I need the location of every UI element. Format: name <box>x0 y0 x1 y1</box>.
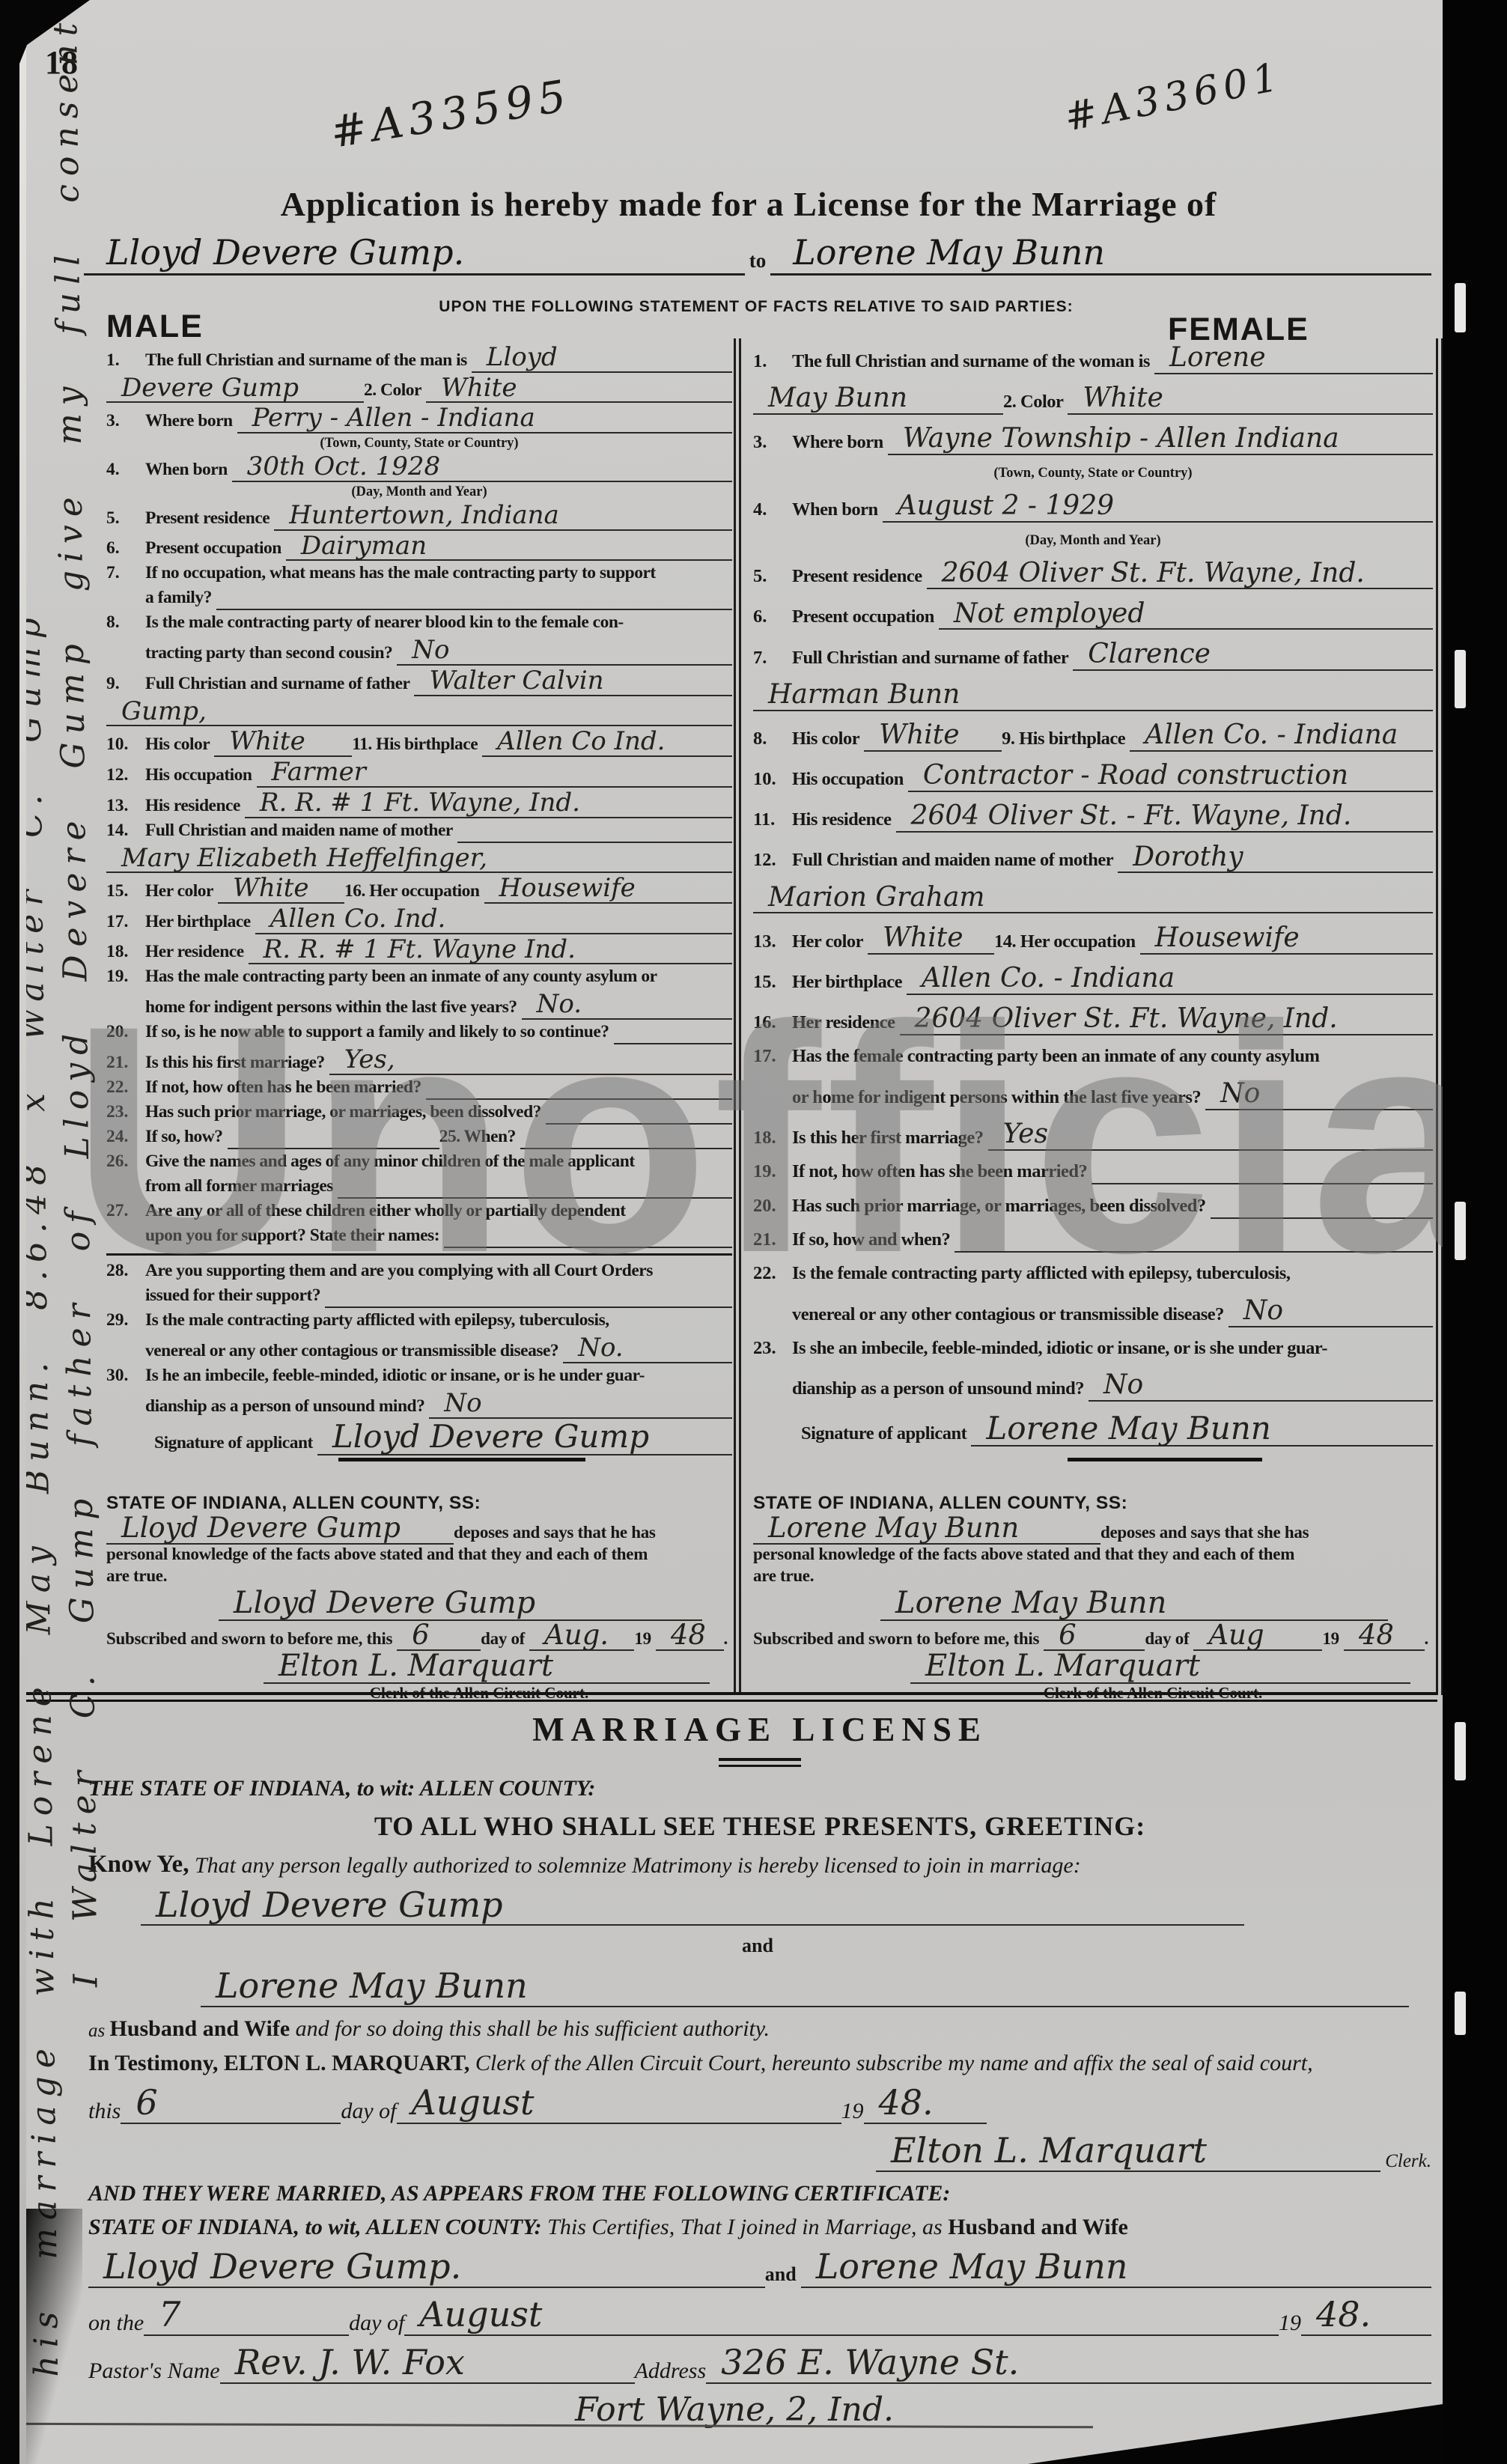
handwritten-entry: Mary Elizabeth Heffelfinger, <box>106 845 732 874</box>
item-number: 3. <box>106 411 145 434</box>
printed-label: a family? <box>145 588 216 610</box>
handwritten-entry: Allen Co Ind. <box>482 728 732 757</box>
female-form-line-12: 10.His occupationContractor - Road const… <box>753 762 1433 792</box>
printed-label: day of <box>1145 1629 1193 1651</box>
item-number <box>753 1399 792 1402</box>
printed-label: and <box>742 1935 778 1959</box>
female-form-line-27: 23.Is she an imbecile, feeble-minded, id… <box>753 1338 1433 1361</box>
printed-label: Is she an imbecile, feeble-minded, idiot… <box>792 1338 1332 1361</box>
printed-label: Signature of applicant <box>801 1423 971 1447</box>
printed-label: His color <box>145 734 214 757</box>
handwritten-entry: Wayne Township - Allen Indiana <box>888 425 1433 455</box>
handwritten-entry: Huntertown, Indiana <box>274 502 732 531</box>
application-title: Application is hereby made for a License… <box>180 184 1318 224</box>
printed-label: 16. Her occupation <box>344 881 484 904</box>
male-affidavit-line-4: are true. <box>106 1566 732 1588</box>
item-number: 23. <box>753 1338 792 1361</box>
printed-label: His residence <box>792 809 896 833</box>
female-affidavit-line-3: personal knowledge of the facts above st… <box>753 1545 1433 1566</box>
printed-italic-text: Clerk of the Allen Circuit Court, hereun… <box>469 2051 1312 2076</box>
female-form-line-11: 8.His colorWhite9. His birthplaceAllen C… <box>753 722 1433 752</box>
male-form-line-12: tracting party than second cousin?No <box>106 637 732 666</box>
bride-name-script: Lorene May Bunn <box>201 1968 1409 2007</box>
license-line-1: MARRIAGE LICENSE <box>88 1710 1431 1749</box>
license-day: 6 <box>121 2085 341 2124</box>
handwritten-entry: Perry - Allen - Indiana <box>237 405 732 434</box>
male-form-line-16: 12.His occupationFarmer <box>106 759 732 788</box>
clerk-title: Clerk of the Allen Circuit Court. <box>1044 1684 1262 1703</box>
handwritten-entry: Dairyman <box>286 533 732 562</box>
handwritten-entry: Contractor - Road construction <box>908 762 1433 792</box>
state-county-heading: STATE OF INDIANA, ALLEN COUNTY, SS: <box>753 1493 1127 1514</box>
sworn-day: 6 <box>397 1621 481 1652</box>
handwritten-entry: Lloyd <box>472 344 732 373</box>
male-form-line-18: 14.Full Christian and maiden name of mot… <box>106 821 732 843</box>
deponent-name: Lloyd Devere Gump <box>106 1514 454 1545</box>
item-number: 3. <box>753 432 792 455</box>
binder-hole <box>1455 1992 1466 2035</box>
female-applicant-signature: Lorene May Bunn <box>971 1413 1433 1447</box>
female-affidavit-line-1: STATE OF INDIANA, ALLEN COUNTY, SS: <box>753 1493 1433 1514</box>
male-affidavit-line-7: Elton L. Marquart <box>106 1651 732 1684</box>
pastor-address: 326 E. Wayne St. <box>706 2345 1431 2384</box>
license-line-9: as Husband and Wife and for so doing thi… <box>88 2016 1431 2042</box>
printed-label: tracting party than second cousin? <box>145 643 397 666</box>
unofficial-watermark: Unofficial <box>71 970 1507 1336</box>
application-number-stamp: #A33595 <box>327 70 575 158</box>
license-line-2 <box>719 1758 801 1767</box>
printed-label: Full Christian and maiden name of mother <box>792 850 1118 873</box>
handwritten-entry: White <box>426 375 732 404</box>
item-number <box>106 1361 145 1363</box>
binder-hole <box>1455 1722 1466 1780</box>
printed-bold-text: Husband and Wife <box>948 2215 1128 2240</box>
license-line-4: TO ALL WHO SHALL SEE THESE PRESENTS, GRE… <box>88 1810 1431 1842</box>
female-form-line-1: 1.The full Christian and surname of the … <box>753 344 1433 374</box>
item-number: 30. <box>106 1366 145 1388</box>
printed-italic-text: day of <box>349 2311 404 2336</box>
handwritten-entry: 2604 Oliver St. - Ft. Wayne, Ind. <box>896 803 1433 833</box>
item-number <box>106 608 145 610</box>
handwritten-entry: White <box>214 728 352 757</box>
male-form-line-5: 4.When born30th Oct. 1928 <box>106 454 732 482</box>
clerk-title: Clerk of the Allen Circuit Court. <box>370 1684 588 1703</box>
handwritten-entry: No <box>397 637 732 666</box>
female-affidavit-line-5: Lorene May Bunn <box>753 1588 1433 1621</box>
item-number: 8. <box>106 612 145 635</box>
to-label: to <box>745 249 771 276</box>
printed-label: Is he an imbecile, feeble-minded, idioti… <box>145 1366 649 1388</box>
handwritten-entry: Marion Graham <box>753 884 1433 914</box>
female-form-line-14: 12.Full Christian and maiden name of mot… <box>753 844 1433 874</box>
handwritten-entry: Gump, <box>106 699 732 727</box>
printed-label: dianship as a person of unsound mind? <box>145 1396 429 1419</box>
groom-name-script: Lloyd Devere Gump. <box>88 2249 765 2288</box>
handwritten-entry: 2604 Oliver St. Ft. Wayne, Ind. <box>927 560 1433 590</box>
handwritten-entry: No <box>1089 1372 1433 1402</box>
male-applicant-signature: Lloyd Devere Gump <box>317 1421 732 1455</box>
blank-underline <box>216 597 732 610</box>
handwritten-entry: Dorothy <box>1118 844 1433 874</box>
handwritten-entry: White <box>868 925 994 955</box>
printed-label: . <box>1425 1629 1433 1651</box>
male-form-line-21: 17.Her birthplaceAllen Co. Ind. <box>106 906 732 934</box>
handwritten-entry: White <box>1068 385 1433 415</box>
male-affidavit-line-3: personal knowledge of the facts above st… <box>106 1545 732 1566</box>
state-county-heading: STATE OF INDIANA, ALLEN COUNTY, SS: <box>106 1493 481 1514</box>
printed-label: His color <box>792 728 864 752</box>
handwritten-entry: May Bunn <box>753 385 1003 415</box>
item-number: 7. <box>106 563 145 585</box>
female-affidavit-block: STATE OF INDIANA, ALLEN COUNTY, SS:Loren… <box>753 1493 1433 1694</box>
printed-label: If no occupation, what means has the mal… <box>145 563 660 585</box>
groom-name-script: Lloyd Devere Gump <box>141 1887 1244 1926</box>
married-day: 7 <box>144 2297 349 2336</box>
printed-label: Full Christian and maiden name of mother <box>145 821 457 843</box>
male-form-line-40: dianship as a person of unsound mind?No <box>106 1390 732 1419</box>
handwritten-entry: White <box>218 875 344 904</box>
item-number: 8. <box>753 728 792 752</box>
female-form-line-16: 13.Her colorWhite14. Her occupationHouse… <box>753 925 1433 955</box>
item-number: 7. <box>753 648 792 671</box>
handwritten-entry: August 2 - 1929 <box>883 493 1433 523</box>
printed-label: When born <box>145 460 232 482</box>
printed-label: The full Christian and surname of the wo… <box>792 351 1154 374</box>
printed-label: Signature of applicant <box>154 1433 317 1455</box>
male-form-line-20: 15.Her colorWhite16. Her occupationHouse… <box>106 875 732 904</box>
license-line-13: AND THEY WERE MARRIED, AS APPEARS FROM T… <box>88 2181 1431 2206</box>
printed-label: personal knowledge of the facts above st… <box>753 1545 1299 1566</box>
printed-label: Her residence <box>145 942 249 964</box>
male-form-line-6: (Day, Month and Year) <box>106 484 732 500</box>
male-form-line-8: 6.Present occupationDairyman <box>106 533 732 562</box>
handwritten-entry: R. R. # 1 Ft. Wayne Ind. <box>249 937 732 965</box>
license-line-5: Know Ye, That any person legally authori… <box>88 1851 1431 1879</box>
printed-label: Subscribed and sworn to before me, this <box>753 1629 1044 1651</box>
license-line-17: Pastor's NameRev. J. W. FoxAddress326 E.… <box>88 2345 1431 2384</box>
deponent-signature: Lorene May Bunn <box>880 1588 1388 1621</box>
female-form-line-9: 7.Full Christian and surname of fatherCl… <box>753 641 1433 671</box>
printed-label: His occupation <box>792 769 908 792</box>
item-number: 11. <box>753 809 792 833</box>
license-number-stamp: #A33601 <box>1061 54 1287 140</box>
sworn-year: 48 <box>656 1621 724 1652</box>
license-year: 48. <box>864 2085 987 2124</box>
sworn-month: Aug. <box>529 1621 634 1652</box>
female-form-line-28: dianship as a person of unsound mind?No <box>753 1372 1433 1402</box>
printed-bold-text: Husband and Wife <box>109 2016 290 2042</box>
clerk-signature: Elton L. Marquart <box>264 1651 710 1684</box>
printed-italic-text: Clerk. <box>1380 2151 1431 2172</box>
printed-label: Full Christian and surname of father <box>792 648 1073 671</box>
deponent-signature: Lloyd Devere Gump <box>219 1588 702 1621</box>
deponent-name: Lorene May Bunn <box>753 1514 1100 1545</box>
male-affidavit-line-1: STATE OF INDIANA, ALLEN COUNTY, SS: <box>106 1493 732 1514</box>
married-year: 48. <box>1301 2297 1431 2336</box>
printed-bold-text: ELTON L. MARQUART, <box>218 2051 469 2076</box>
license-line-11: this6day ofAugust1948. <box>88 2085 1431 2124</box>
printed-label: 14. Her occupation <box>994 931 1140 955</box>
printed-bold-italic-text: STATE OF INDIANA, to wit, ALLEN COUNTY: <box>88 2215 547 2240</box>
handwritten-entry: Farmer <box>257 759 732 788</box>
male-form-line-17: 13.His residenceR. R. # 1 Ft. Wayne, Ind… <box>106 790 732 818</box>
handwritten-entry: Allen Co. - Indiana <box>1130 722 1433 752</box>
married-month: August <box>404 2297 1279 2336</box>
female-form-line-15: Marion Graham <box>753 884 1433 914</box>
married-line: AND THEY WERE MARRIED, AS APPEARS FROM T… <box>88 2181 950 2206</box>
printed-label: venereal or any other contagious or tran… <box>145 1341 563 1363</box>
male-form-line-9: 7.If no occupation, what means has the m… <box>106 563 732 585</box>
binder-hole <box>1455 650 1466 708</box>
male-form-line-42 <box>338 1458 585 1461</box>
male-form-line-14: Gump, <box>106 699 732 727</box>
item-number <box>106 663 145 666</box>
female-affidavit-line-8: Clerk of the Allen Circuit Court. <box>753 1684 1433 1703</box>
printed-label: Where born <box>145 411 237 434</box>
male-form-line-38: venereal or any other contagious or tran… <box>106 1335 732 1363</box>
male-column-header: MALE <box>106 308 204 345</box>
item-number: 6. <box>106 538 145 561</box>
binder-hole <box>1455 1202 1466 1260</box>
license-line-8: Lorene May Bunn <box>88 1968 1431 2007</box>
scan-edge-left <box>0 0 19 2464</box>
printed-label: Present residence <box>145 508 274 531</box>
item-number: 4. <box>753 499 792 523</box>
printed-label: day of <box>481 1629 529 1651</box>
item-number: 15. <box>106 881 145 904</box>
male-form-line-7: 5.Present residenceHuntertown, Indiana <box>106 502 732 531</box>
printed-label: Subscribed and sworn to before me, this <box>106 1629 397 1651</box>
male-form-line-4: (Town, County, State or Country) <box>106 436 732 451</box>
printed-label: Her birthplace <box>145 912 255 934</box>
printed-label: personal knowledge of the facts above st… <box>106 1545 652 1566</box>
handwritten-entry: Walter Calvin <box>414 668 732 696</box>
item-number: 14. <box>106 821 145 843</box>
item-number: 6. <box>753 606 792 630</box>
clerk-signature: Elton L. Marquart <box>910 1651 1410 1684</box>
printed-label: 11. His birthplace <box>352 734 482 757</box>
paper-edge-left <box>19 0 26 2464</box>
applicant-names-line: Lloyd Devere Gump. to Lorene May Bunn <box>84 234 1431 276</box>
marriage-license-section: MARRIAGE LICENSETHE STATE OF INDIANA, to… <box>88 1710 1431 2427</box>
printed-label: When born <box>792 499 883 523</box>
handwritten-entry: Lorene <box>1154 344 1433 374</box>
handwritten-entry: Not employed <box>939 600 1433 630</box>
item-number: 1. <box>753 351 792 374</box>
printed-label: deposes and says that he has <box>454 1523 660 1545</box>
handwritten-entry: White <box>864 722 1002 752</box>
printed-note: (Day, Month and Year) <box>351 484 487 500</box>
female-form-line-3: 3.Where bornWayne Township - Allen India… <box>753 425 1433 455</box>
sworn-year: 48 <box>1344 1621 1425 1652</box>
female-affidavit-line-6: Subscribed and sworn to before me, this6… <box>753 1621 1433 1652</box>
printed-label: Present occupation <box>145 538 286 561</box>
clerk-signature-script: Elton L. Marquart <box>876 2133 1380 2172</box>
female-form-line-5: 4.When bornAugust 2 - 1929 <box>753 493 1433 523</box>
printed-italic-text: and for so doing this shall be his suffi… <box>290 2016 770 2042</box>
item-number <box>106 1417 145 1419</box>
scan-edge-right-binder <box>1443 0 1507 2464</box>
female-form-line-10: Harman Bunn <box>753 681 1433 711</box>
item-number: 10. <box>753 769 792 792</box>
male-form-line-22: 18.Her residenceR. R. # 1 Ft. Wayne Ind. <box>106 937 732 965</box>
male-affidavit-line-5: Lloyd Devere Gump <box>106 1588 732 1621</box>
item-number: 4. <box>106 460 145 482</box>
printed-label: Is the male contracting party of nearer … <box>145 612 628 635</box>
item-number: 17. <box>106 912 145 934</box>
license-line-3: THE STATE OF INDIANA, to wit: ALLEN COUN… <box>88 1776 1431 1801</box>
printed-label: are true. <box>106 1566 171 1588</box>
female-affidavit-line-4: are true. <box>753 1566 1433 1588</box>
printed-label: and <box>765 2263 801 2288</box>
license-line-16: on the7day ofAugust1948. <box>88 2297 1431 2336</box>
handwritten-entry: No <box>429 1390 732 1419</box>
sworn-month: Aug <box>1193 1621 1322 1652</box>
license-line-10: In Testimony, ELTON L. MARQUART, Clerk o… <box>88 2051 1431 2076</box>
greeting-line: TO ALL WHO SHALL SEE THESE PRESENTS, GRE… <box>374 1810 1145 1842</box>
male-form-line-2: Devere Gump2. ColorWhite <box>106 375 732 404</box>
male-affidavit-block: STATE OF INDIANA, ALLEN COUNTY, SS:Lloyd… <box>106 1493 732 1694</box>
printed-italic-text: 19 <box>1279 2311 1301 2336</box>
male-affidavit-line-6: Subscribed and sworn to before me, this6… <box>106 1621 732 1652</box>
bride-name-entry: Lorene May Bunn <box>770 234 1431 276</box>
printed-label: Her color <box>792 931 868 955</box>
printed-label: 2. Color <box>1003 392 1068 415</box>
male-form-line-19: Mary Elizabeth Heffelfinger, <box>106 845 732 874</box>
item-number: 13. <box>106 796 145 818</box>
handwritten-entry: Devere Gump <box>106 375 364 404</box>
printed-label: Her color <box>145 881 218 904</box>
item-number: 12. <box>753 850 792 873</box>
handwritten-entry: Allen Co. Ind. <box>255 906 732 934</box>
printed-label: are true. <box>753 1566 818 1588</box>
license-line-14: STATE OF INDIANA, to wit, ALLEN COUNTY: … <box>88 2215 1431 2240</box>
printed-label: dianship as a person of unsound mind? <box>792 1378 1089 1402</box>
female-affidavit-line-7: Elton L. Marquart <box>753 1651 1433 1684</box>
printed-italic-text: That any person legally authorized to so… <box>189 1853 1080 1879</box>
handwritten-entry: Housewife <box>484 875 733 904</box>
handwritten-entry: R. R. # 1 Ft. Wayne, Ind. <box>245 790 732 818</box>
item-number: 10. <box>106 734 145 757</box>
item-number: 12. <box>106 765 145 788</box>
license-line-15: Lloyd Devere Gump.andLorene May Bunn <box>88 2249 1431 2288</box>
male-form-line-3: 3.Where bornPerry - Allen - Indiana <box>106 405 732 434</box>
license-month: August <box>397 2085 841 2124</box>
license-line-18: Fort Wayne, 2, Ind. <box>88 2393 1431 2427</box>
printed-label: His residence <box>145 796 245 818</box>
female-form-line-4: (Town, County, State or Country) <box>753 466 1433 481</box>
male-form-line-1: 1.The full Christian and surname of the … <box>106 344 732 373</box>
female-form-line-29: Signature of applicantLorene May Bunn <box>753 1413 1433 1447</box>
printed-italic-text: 19 <box>841 2099 864 2124</box>
printed-label: 9. His birthplace <box>1002 728 1130 752</box>
groom-name-entry: Lloyd Devere Gump. <box>84 234 745 276</box>
printed-label: Present occupation <box>792 606 939 630</box>
pastor-name: Rev. J. W. Fox <box>220 2345 635 2384</box>
printed-label: Where born <box>792 432 888 455</box>
statement-of-facts-line: UPON THE FOLLOWING STATEMENT OF FACTS RE… <box>225 298 1288 316</box>
bride-name-script: Lorene May Bunn <box>801 2249 1431 2288</box>
printed-note: (Day, Month and Year) <box>1025 533 1160 549</box>
printed-label: 2. Color <box>364 380 426 403</box>
handwritten-entry: No. <box>563 1335 732 1363</box>
printed-italic-text: Address <box>635 2358 707 2384</box>
printed-label: Present residence <box>792 566 927 589</box>
female-form-line-6: (Day, Month and Year) <box>753 533 1433 549</box>
female-form-line-2: May Bunn2. ColorWhite <box>753 385 1433 415</box>
printed-label: deposes and says that she has <box>1100 1523 1313 1545</box>
female-form-line-30 <box>1068 1458 1262 1461</box>
male-form-line-13: 9.Full Christian and surname of fatherWa… <box>106 668 732 696</box>
item-number: 18. <box>106 942 145 964</box>
printed-label: . <box>724 1629 732 1651</box>
printed-label: Full Christian and surname of father <box>145 674 414 696</box>
item-number: 1. <box>106 350 145 373</box>
item-number: 5. <box>106 508 145 531</box>
printed-label: 19 <box>1322 1629 1343 1651</box>
printed-note: (Town, County, State or Country) <box>993 466 1192 481</box>
license-line-6: Lloyd Devere Gump <box>88 1887 1431 1926</box>
printed-label: The full Christian and surname of the ma… <box>145 350 472 373</box>
license-line-12: Elton L. Marquart Clerk. <box>88 2133 1431 2172</box>
male-affidavit-line-8: Clerk of the Allen Circuit Court. <box>106 1684 732 1703</box>
pastor-city: Fort Wayne, 2, Ind. <box>575 2393 894 2427</box>
printed-label: 19 <box>634 1629 655 1651</box>
handwritten-entry: 30th Oct. 1928 <box>232 454 732 482</box>
binder-hole <box>1455 283 1466 332</box>
license-line-7: and <box>88 1935 1431 1959</box>
item-number: 9. <box>106 674 145 696</box>
printed-italic-text: day of <box>341 2099 396 2124</box>
handwritten-entry: Harman Bunn <box>753 681 1433 711</box>
male-form-line-39: 30.Is he an imbecile, feeble-minded, idi… <box>106 1366 732 1388</box>
male-form-line-15: 10.His colorWhite11. His birthplaceAllen… <box>106 728 732 757</box>
male-form-line-11: 8.Is the male contracting party of neare… <box>106 612 732 635</box>
state-line: THE STATE OF INDIANA, to wit: ALLEN COUN… <box>88 1776 595 1801</box>
male-form-line-10: a family? <box>106 588 732 610</box>
female-affidavit-line-2: Lorene May Bunndeposes and says that she… <box>753 1514 1433 1545</box>
handwritten-entry: Housewife <box>1140 925 1433 955</box>
item-number: 5. <box>753 566 792 589</box>
female-form-line-8: 6.Present occupationNot employed <box>753 600 1433 630</box>
blank-underline <box>457 830 732 843</box>
sworn-day: 6 <box>1044 1621 1145 1652</box>
female-form-line-7: 5.Present residence2604 Oliver St. Ft. W… <box>753 560 1433 590</box>
license-title: MARRIAGE LICENSE <box>532 1710 987 1749</box>
male-affidavit-line-2: Lloyd Devere Gumpdeposes and says that h… <box>106 1514 732 1545</box>
scanned-marriage-license-page: Unofficial his marriage with Lorene May … <box>0 0 1507 2464</box>
female-form-line-13: 11.His residence2604 Oliver St. - Ft. Wa… <box>753 803 1433 833</box>
handwritten-entry: Clarence <box>1073 641 1433 671</box>
item-number: 13. <box>753 931 792 955</box>
male-form-line-41: Signature of applicantLloyd Devere Gump <box>106 1421 732 1455</box>
printed-italic-text: This Certifies, That I joined in Marriag… <box>547 2215 948 2240</box>
printed-label: His occupation <box>145 765 257 788</box>
printed-note: (Town, County, State or Country) <box>320 436 518 451</box>
